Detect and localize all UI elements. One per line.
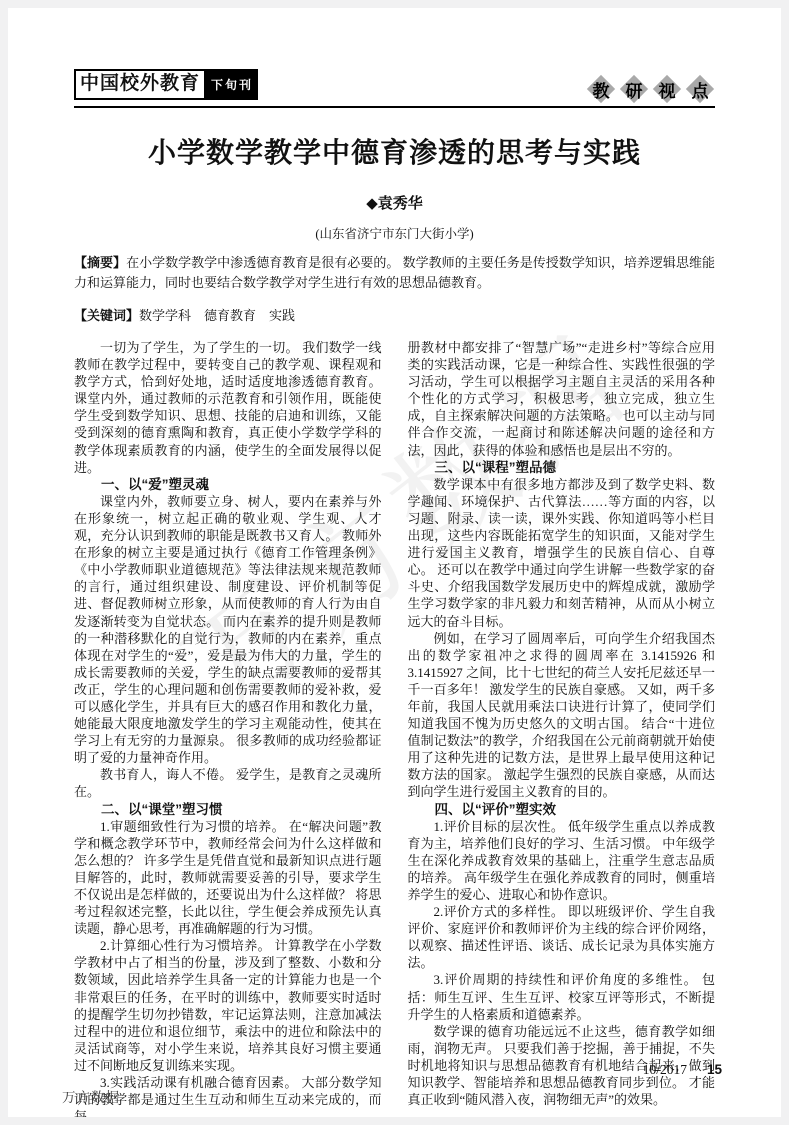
paragraph: 1.审题细致性行为习惯的培养。 在“解决问题”教学和概念教学环节中，教师经常会问…	[74, 818, 382, 938]
section-heading-4: 四、以“评价”塑实效	[408, 801, 716, 818]
badge-char: 研	[619, 74, 649, 104]
paragraph: 2.计算细心性行为习惯培养。 计算教学在小学数学教材中占了相当的份量，涉及到了整…	[74, 937, 382, 1074]
section-heading-3: 三、以“课程”塑品德	[408, 459, 716, 476]
paragraph: 3.评价周期的持续性和评价角度的多维性。 包括：师生互评、生生互评、校家互评等形…	[408, 971, 716, 1022]
journal-edition-badge: 下旬刊	[206, 69, 258, 100]
right-column: 册教材中都安排了“智慧广场”“走进乡村”等综合应用类的实践活动课，它是一种综合性…	[408, 339, 716, 1125]
database-mark: 万方数据	[62, 1086, 120, 1106]
abstract-label: 【摘要】	[74, 255, 126, 270]
paragraph: 例如，在学习了圆周率后，可向学生介绍我国杰出的数学家祖冲之求得的圆周率在 3.1…	[408, 630, 716, 801]
paragraph: 1.评价目标的层次性。 低年级学生重点以养成教育为主，培养他们良好的学习、生活习…	[408, 818, 716, 903]
section-heading-2: 二、以“课堂”塑习惯	[74, 801, 382, 818]
journal-logo: 中国校外教育 下旬刊	[74, 69, 258, 100]
diamond-badge-icon: 点	[685, 74, 715, 104]
page-number: 15	[707, 1062, 722, 1077]
header-rule	[74, 106, 715, 108]
badge-char: 视	[652, 74, 682, 104]
paragraph: 数学课本中有很多地方都涉及到了数学史料、数学趣闻、环境保护、古代算法……等方面的…	[408, 476, 716, 630]
diamond-badge-icon: 研	[619, 74, 649, 104]
badge-char: 点	[685, 74, 715, 104]
journal-header: 中国校外教育 下旬刊 教 研 视 点	[74, 66, 715, 100]
section-heading-1: 一、以“爱”塑灵魂	[74, 476, 382, 493]
abstract: 【摘要】在小学数学教学中渗透德育教育是很有必要的。 数学教师的主要任务是传授数学…	[74, 253, 715, 293]
issue-date: 10/2017	[643, 1062, 687, 1077]
column-badges: 教 研 视 点	[586, 74, 715, 104]
diamond-badge-icon: 教	[586, 74, 616, 104]
affiliation: (山东省济宁市东门大街小学)	[74, 224, 715, 242]
journal-name: 中国校外教育	[74, 69, 206, 100]
paragraph: 3.实践活动课有机融合德育因素。 大部分数学知识的教学都是通过生生互动和师生互动…	[74, 1074, 382, 1125]
footer-issue-line: 10/201715	[643, 1062, 722, 1078]
paragraph: 课堂内外，教师要立身、树人，要内在素养与外在形象统一，树立起正确的敬业观、学生观…	[74, 493, 382, 767]
paragraph: 2.评价方式的多样性。 即以班级评价、学生自我评价、家庭评价和教师评价为主线的综…	[408, 903, 716, 971]
keywords-text: 数学学科 德育教育 实践	[139, 308, 295, 323]
badge-char: 教	[586, 74, 616, 104]
article-title: 小学数学教学中德育渗透的思考与实践	[74, 131, 715, 171]
left-column: 一切为了学生，为了学生的一切。 我们数学一线教师在教学过程中，要转变自己的教学观…	[74, 339, 382, 1125]
abstract-text: 在小学数学教学中渗透德育教育是很有必要的。 数学教师的主要任务是传授数学知识，培…	[74, 255, 715, 290]
diamond-badge-icon: 视	[652, 74, 682, 104]
body-columns: 一切为了学生，为了学生的一切。 我们数学一线教师在教学过程中，要转变自己的教学观…	[74, 339, 715, 1125]
keywords: 【关键词】数学学科 德育教育 实践	[74, 306, 715, 326]
author: ◆袁秀华	[74, 192, 715, 213]
paragraph: 一切为了学生，为了学生的一切。 我们数学一线教师在教学过程中，要转变自己的教学观…	[74, 339, 382, 476]
paragraph: 教书育人，诲人不倦。 爱学生，是教育之灵魂所在。	[74, 766, 382, 800]
keywords-label: 【关键词】	[74, 308, 139, 323]
paragraph-continuation: 册教材中都安排了“智慧广场”“走进乡村”等综合应用类的实践活动课，它是一种综合性…	[408, 339, 716, 459]
page: 中国校外教育 下旬刊 教 研 视 点 小学数学教学中德育渗透的思考与实践 ◆袁秀…	[74, 66, 715, 1125]
